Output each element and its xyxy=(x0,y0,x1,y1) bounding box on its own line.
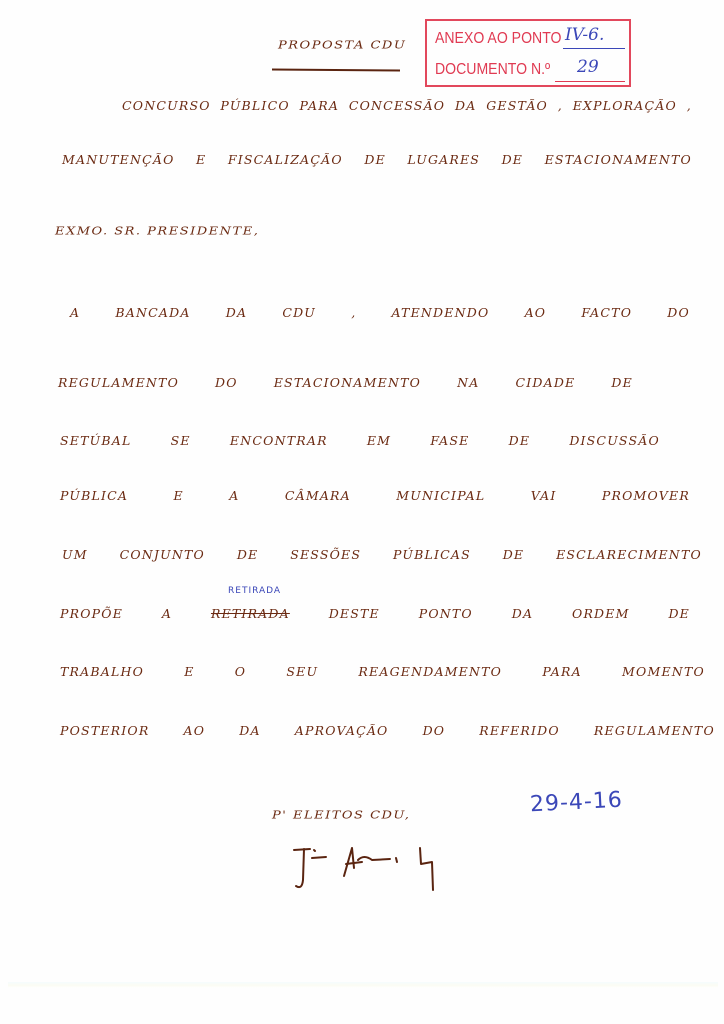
word: A xyxy=(70,305,80,320)
inserted-correction: RETIRADA xyxy=(228,586,281,596)
word: regulamento xyxy=(594,723,715,738)
struck-word: retirada xyxy=(211,606,290,621)
word: Discussão xyxy=(569,433,660,448)
word: de xyxy=(237,547,259,562)
stamp-document-rule xyxy=(555,81,625,82)
word: Câmara xyxy=(285,488,351,503)
stamp-annex-value: IV-6. xyxy=(565,25,604,45)
salutation: Exmo. Sr. Presidente, xyxy=(55,225,259,238)
word: em xyxy=(367,433,391,448)
word: Esclarecimento xyxy=(556,547,702,562)
word: Setúbal xyxy=(60,433,131,448)
word: se xyxy=(171,433,191,448)
word: fase xyxy=(430,433,469,448)
body-line-2: Regulamento do Estacionamento na Cidade … xyxy=(58,375,633,390)
word: de xyxy=(668,606,690,621)
word: Exploração xyxy=(573,98,677,113)
word: facto xyxy=(581,305,632,320)
word: do xyxy=(215,375,238,390)
word: Públicas xyxy=(393,547,471,562)
word: de xyxy=(364,152,386,167)
word: Pública xyxy=(60,488,128,503)
word: aprovação xyxy=(295,723,389,738)
word: Cidade xyxy=(515,375,575,390)
word: posterior xyxy=(60,723,150,738)
word: ponto xyxy=(419,606,473,621)
word: conjunto xyxy=(120,547,205,562)
word: deste xyxy=(329,606,380,621)
word: de xyxy=(509,433,531,448)
stamp-annex-rule xyxy=(563,48,625,49)
word: , xyxy=(351,305,356,320)
word: Fiscalização xyxy=(228,152,343,167)
word: e xyxy=(196,152,206,167)
word: de xyxy=(611,375,633,390)
handwritten-date: 29-4-16 xyxy=(529,788,623,818)
word: ao xyxy=(525,305,547,320)
word: para xyxy=(542,664,582,679)
word: momento xyxy=(622,664,705,679)
scan-artifact xyxy=(8,982,718,988)
word: do xyxy=(423,723,446,738)
word: a xyxy=(162,606,172,621)
word: o xyxy=(235,664,246,679)
word: seu xyxy=(286,664,318,679)
word: Bancada xyxy=(115,305,190,320)
stamp-annex-label: ANEXO AO PONTO xyxy=(435,30,562,48)
stamp-document-number: 29 xyxy=(577,57,599,77)
word: reagendamento xyxy=(358,664,502,679)
word: da xyxy=(455,98,476,113)
word: Trabalho xyxy=(60,664,144,679)
word: Ordem xyxy=(572,606,630,621)
word: Propõe xyxy=(60,606,123,621)
word: de xyxy=(503,547,525,562)
word: promover xyxy=(602,488,690,503)
word: vai xyxy=(531,488,557,503)
body-line-3: Setúbal se encontrar em fase de Discussã… xyxy=(60,433,660,448)
scanned-document-page: ANEXO AO PONTO IV-6. DOCUMENTO N.º 29 Pr… xyxy=(0,0,724,1024)
word: do xyxy=(667,305,690,320)
body-line-7: Trabalho e o seu reagendamento para mome… xyxy=(60,664,705,679)
word: Atendendo xyxy=(392,305,490,320)
word: , xyxy=(558,98,563,113)
document-title: Proposta CDU xyxy=(278,39,406,52)
word: Municipal xyxy=(396,488,485,503)
word: encontrar xyxy=(230,433,328,448)
subject-line-2: Manutenção e Fiscalização de Lugares de … xyxy=(62,152,692,167)
body-line-6: Propõe a retirada deste ponto da Ordem d… xyxy=(60,606,690,621)
closing-line: P' Eleitos CDU, xyxy=(272,809,410,822)
word: Gestão xyxy=(486,98,548,113)
word: Regulamento xyxy=(58,375,179,390)
word: referido xyxy=(479,723,560,738)
word: CDU xyxy=(282,305,316,320)
word: da xyxy=(512,606,533,621)
stamp-document-label: DOCUMENTO N.º xyxy=(435,61,550,79)
word: de xyxy=(502,152,524,167)
signature-icon xyxy=(292,840,442,895)
title-underline xyxy=(272,69,400,72)
annex-stamp: ANEXO AO PONTO IV-6. DOCUMENTO N.º 29 xyxy=(425,19,631,87)
subject-line-1: Concurso Público para Concessão da Gestã… xyxy=(122,98,692,113)
word: ao xyxy=(184,723,206,738)
word: da xyxy=(239,723,260,738)
word: , xyxy=(687,98,692,113)
body-line-4: Pública e a Câmara Municipal vai promove… xyxy=(60,488,690,503)
word: a xyxy=(229,488,239,503)
body-line-8: posterior ao da aprovação do referido re… xyxy=(60,723,715,738)
word: e xyxy=(174,488,184,503)
body-line-5: um conjunto de Sessões Públicas de Escla… xyxy=(62,547,702,562)
word: Concurso xyxy=(122,98,211,113)
word: Sessões xyxy=(290,547,361,562)
word: Estacionamento xyxy=(274,375,421,390)
word: da xyxy=(226,305,247,320)
word: e xyxy=(184,664,194,679)
word: Manutenção xyxy=(62,152,175,167)
word: Público xyxy=(220,98,289,113)
word: Concessão xyxy=(349,98,445,113)
word: um xyxy=(62,547,88,562)
word: Lugares xyxy=(407,152,480,167)
word: na xyxy=(457,375,479,390)
body-line-1: A Bancada da CDU , Atendendo ao facto do xyxy=(70,305,690,320)
word: para xyxy=(300,98,340,113)
word: Estacionamento xyxy=(545,152,692,167)
